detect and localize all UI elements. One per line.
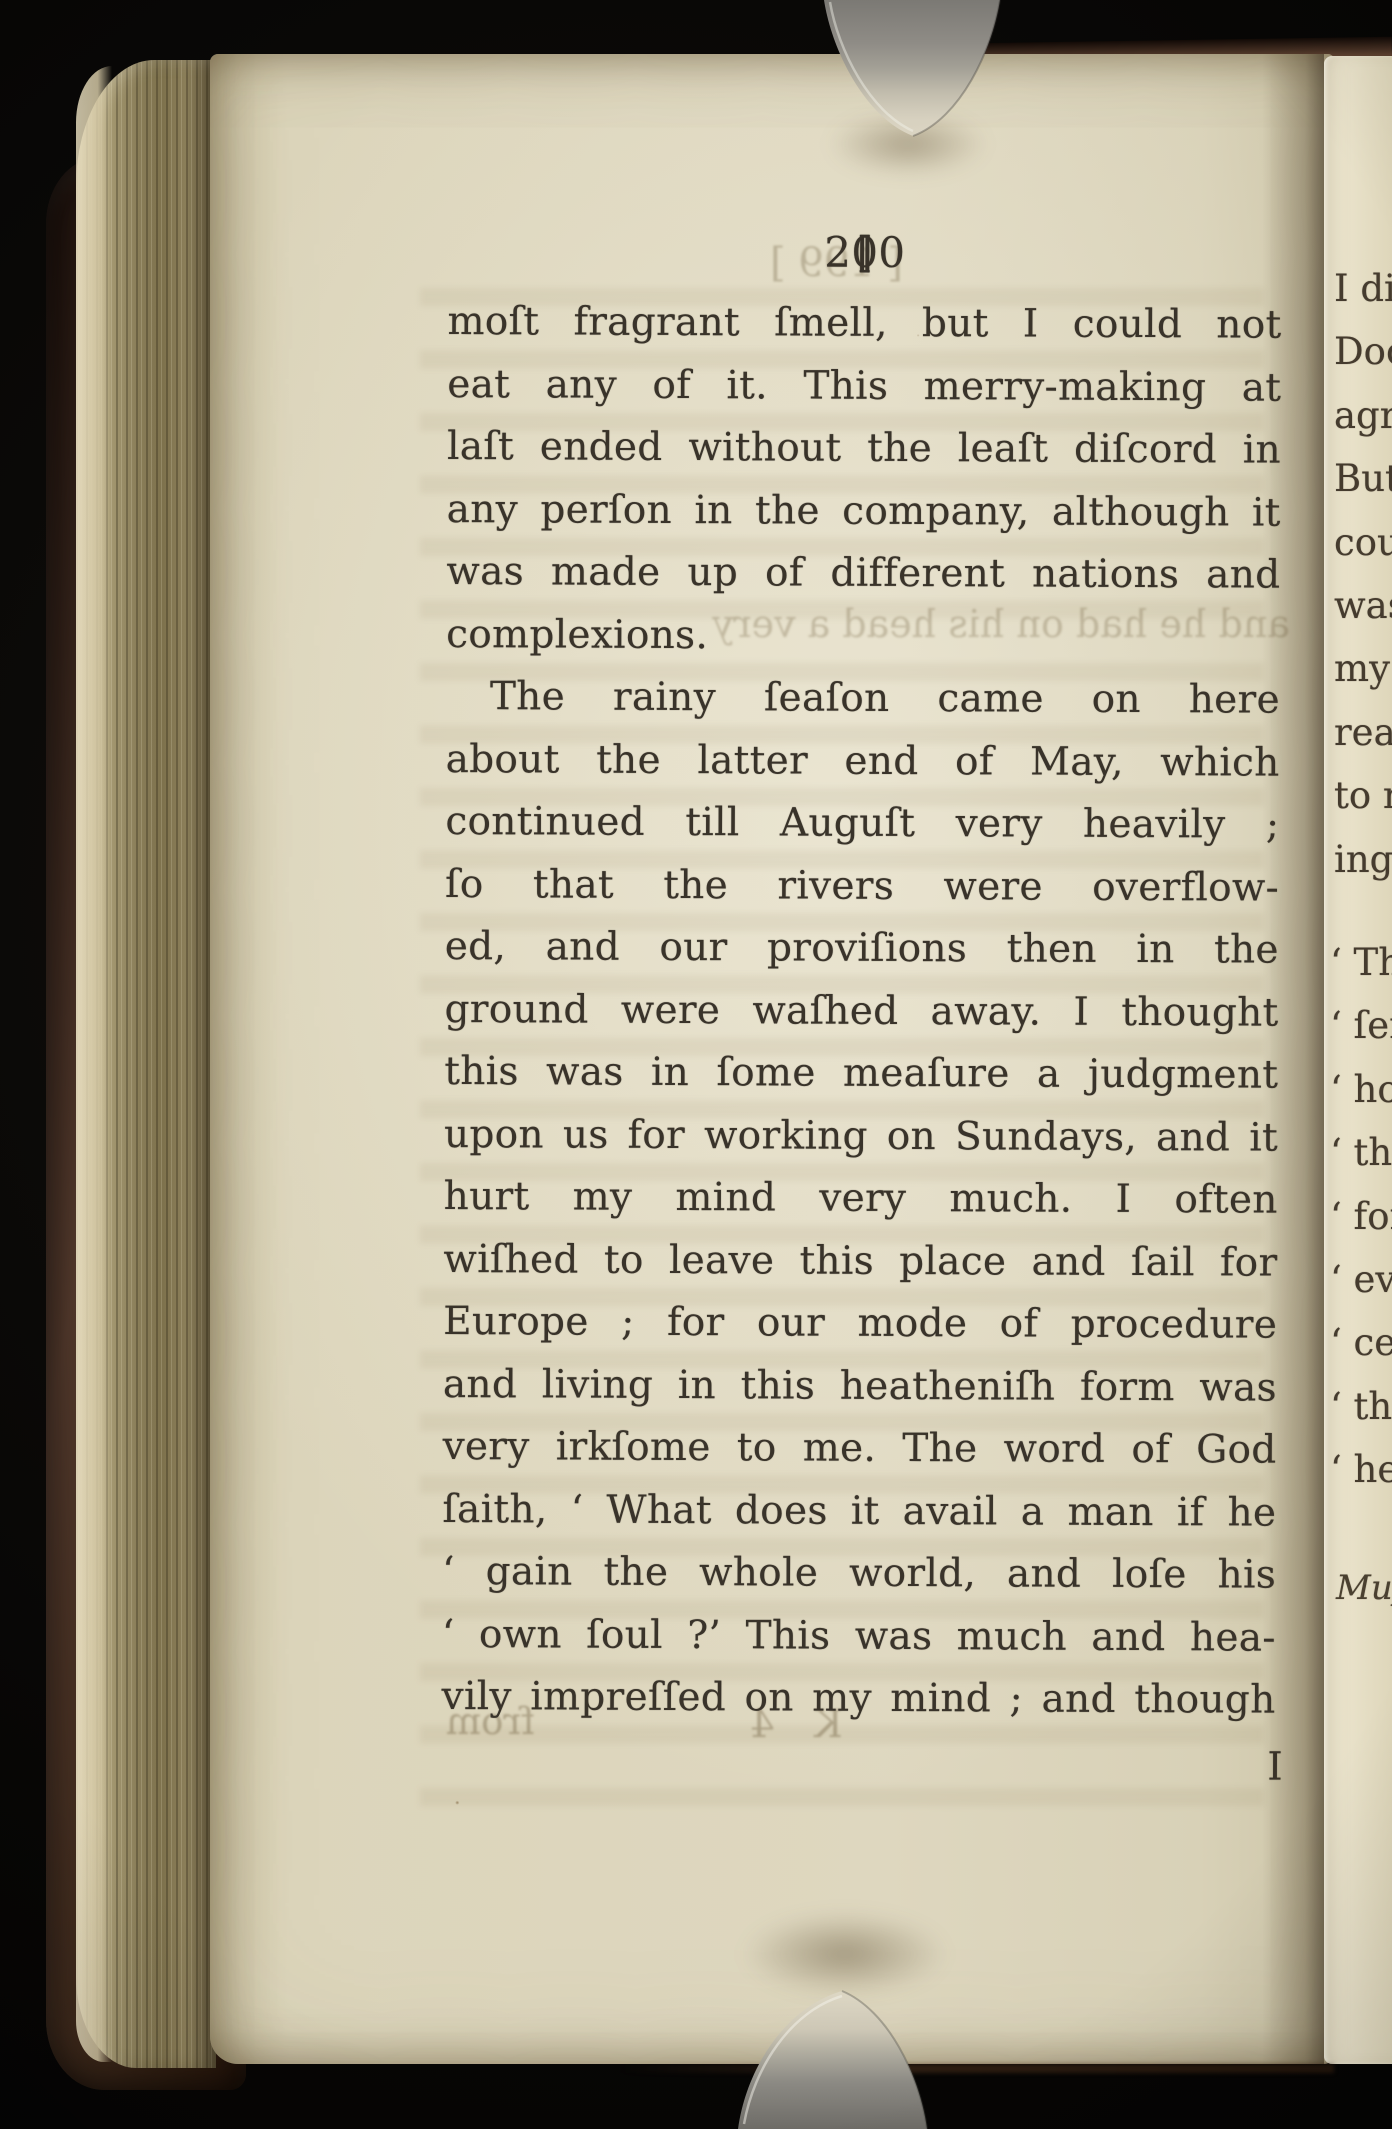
right-page-fragment: my rec — [1334, 637, 1392, 700]
text-line: continued till Auguſt very heavily ; — [445, 791, 1279, 857]
left-page: [ 199 ] and he had on his head a very fr… — [210, 54, 1334, 2064]
page-header: [ 200 ] — [448, 219, 1282, 295]
right-page-fragment: ‘ hone — [1330, 1058, 1392, 1121]
right-page-fragment: ‘ ſerve — [1330, 994, 1392, 1057]
right-page-fragment: to my — [1334, 764, 1392, 827]
text-line: ‘ own ſoul ?’ This was much and hea- — [442, 1603, 1276, 1669]
right-page-fragment: ‘ celle — [1330, 1311, 1392, 1374]
text-line: complexions. — [446, 603, 1280, 669]
right-page-fragment: ‘ that — [1330, 1375, 1392, 1438]
text-line: was made up of different nations and — [446, 541, 1280, 607]
right-page-text-top: I did Doctor agreeab But ab courag was v… — [1334, 257, 1392, 891]
text-line: vily impreſſed on my mind ; and though — [441, 1666, 1275, 1732]
text-line: Europe ; for our mode of procedure — [443, 1291, 1277, 1357]
footnote-fragment: Muſqu — [1336, 1568, 1392, 1608]
text-line: upon us for working on Sundays, and it — [444, 1103, 1278, 1169]
text-line: this was in ſome meaſure a judgment — [444, 1041, 1278, 1107]
text-line: eat any of it. This merry-making at — [447, 353, 1281, 419]
catchword-row: I — [441, 1728, 1275, 1802]
text-line: ſaith, ‘ What does it avail a man if he — [442, 1478, 1276, 1544]
text-line: ed, and our proviſions then in the — [445, 916, 1279, 982]
text-block: [ 200 ] moſt fragrant ſmell, but I could… — [441, 219, 1282, 1843]
text-line: ground were waſhed away. I thought — [444, 978, 1278, 1044]
right-page-fragment: ‘ ever — [1330, 1248, 1392, 1311]
right-page-fragment: Doctor — [1334, 320, 1392, 383]
fore-edge-highlight — [76, 66, 112, 2062]
page-stack-fore-edge — [76, 60, 216, 2068]
right-page-fragment: ‘ Th — [1330, 931, 1392, 994]
right-page-fragment: reaſon — [1334, 701, 1392, 764]
text-line: The rainy ſeaſon came on here — [446, 666, 1280, 732]
right-page-fragment: But ab — [1334, 447, 1392, 510]
page-bottom-edge-glow — [620, 2064, 1334, 2073]
right-page-fragment: was v — [1334, 574, 1392, 637]
right-page-text-quotes: ‘ Th ‘ ſerve ‘ hone ‘ there ‘ for t ‘ ev… — [1330, 931, 1392, 1502]
right-page-fragment: ‘ for t — [1330, 1185, 1392, 1248]
right-page-sliver: I did Doctor agreeab But ab courag was v… — [1324, 56, 1392, 2064]
right-page-fragment: ing ce — [1334, 828, 1392, 891]
text-line: wiſhed to leave this place and ſail for — [443, 1228, 1277, 1294]
right-page-fragment: agreeab — [1334, 384, 1392, 447]
top-holder-clip — [820, 0, 1008, 142]
book-scan-photo: [ 199 ] and he had on his head a very fr… — [0, 0, 1392, 2129]
right-page-fragment: ‘ he is — [1330, 1438, 1392, 1501]
text-line: any perſon in the company, although it — [447, 478, 1281, 544]
text-line: hurt my mind very much. I often — [444, 1166, 1278, 1232]
right-page-fragment: ‘ there — [1330, 1121, 1392, 1184]
bracket-close: ] — [856, 221, 873, 285]
text-line: and living in this heatheniſh form was — [443, 1353, 1277, 1419]
text-line: laſt ended without the leaſt diſcord in — [447, 416, 1281, 482]
text-line: very irkſome to me. The word of God — [443, 1416, 1277, 1482]
gutter-shadow — [1262, 54, 1324, 2064]
right-page-fragment: courag — [1334, 511, 1392, 574]
text-line: ‘ gain the whole world, and loſe his — [442, 1541, 1276, 1607]
text-line: about the latter end of May, which — [446, 728, 1280, 794]
right-page-fragment: I did — [1334, 257, 1392, 320]
text-line: moſt fragrant ſmell, but I could not — [447, 291, 1281, 357]
bottom-holder-clip — [730, 1984, 934, 2129]
text-line: ſo that the rivers were overflow- — [445, 853, 1279, 919]
